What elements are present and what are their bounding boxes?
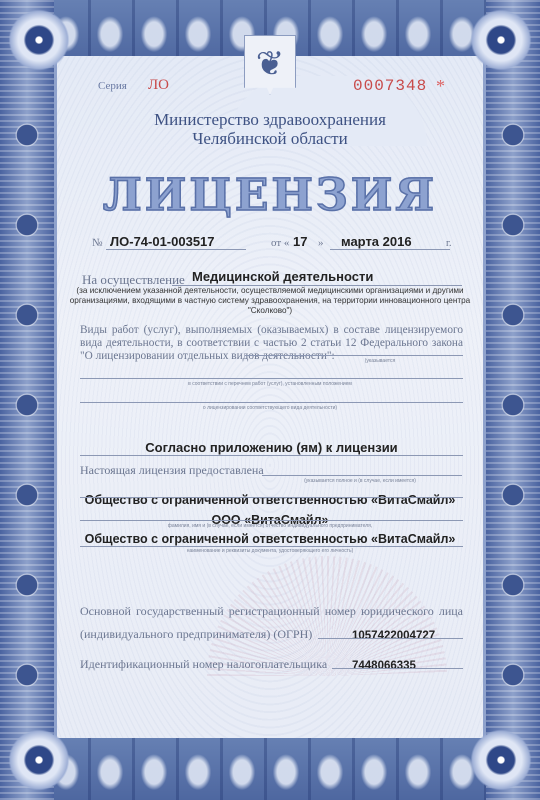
year-suffix: г.: [446, 238, 451, 249]
corner-rosette-icon: [462, 720, 540, 800]
series-value: ЛО: [148, 77, 169, 94]
underline: [80, 378, 463, 379]
underline: [80, 455, 463, 456]
licensee-hint-short: фамилия, имя и (в случае, если имеется) …: [120, 523, 420, 529]
underline: [80, 402, 463, 403]
license-number: ЛО-74-01-003517: [110, 234, 215, 249]
underline: [80, 497, 463, 498]
underline: [80, 520, 463, 521]
form-number: 0007348: [353, 77, 427, 95]
licensee-hint-doc: наименование и реквизиты документа, удос…: [120, 548, 420, 554]
bottom-ornament-band: [0, 738, 540, 800]
star-mark-icon: *: [436, 76, 445, 97]
licensee-label: Настоящая лицензия предоставлена: [80, 463, 264, 478]
underline: [80, 546, 463, 547]
activity-value: Медицинской деятельности: [192, 269, 373, 284]
ogrn-value: 1057422004727: [352, 630, 435, 642]
licensee-hint-name: (указывается полное и (в случае, если им…: [270, 478, 450, 484]
issuing-authority: Министерство здравоохранения Челябинской…: [0, 110, 540, 148]
work-types-hint-2: в соответствии с перечнем работ (услуг),…: [120, 381, 420, 387]
license-month-year: марта 2016: [341, 234, 412, 249]
corner-rosette-icon: [0, 720, 78, 800]
ogrn-label-line-1: Основной государственный регистрационный…: [80, 604, 463, 619]
corner-rosette-icon: [462, 0, 540, 80]
issuer-line-2: Челябинской области: [0, 129, 540, 148]
work-types-hint-3: о лицензировании соответствующего вида д…: [120, 405, 420, 411]
underline: [245, 355, 463, 356]
license-day: 17: [293, 234, 307, 249]
inn-value: 7448066335: [352, 660, 416, 672]
underline: [318, 638, 463, 639]
work-types-hint-1: (указывается: [340, 358, 420, 364]
date-from-label: от «: [271, 237, 289, 249]
day-close: »: [318, 237, 324, 249]
coat-of-arms-icon: ❦: [244, 35, 296, 95]
corner-rosette-icon: [0, 0, 78, 80]
underline: [330, 249, 450, 250]
underline: [262, 475, 462, 476]
series-label: Серия: [98, 80, 127, 92]
ogrn-label-line-2: (индивидуального предпринимателя) (ОГРН): [80, 627, 312, 642]
licensee-full-name: Общество с ограниченной ответственностью…: [70, 493, 470, 507]
activity-note: (за исключением указанной деятельности, …: [68, 286, 472, 316]
inn-label: Идентификационный номер налогоплательщик…: [80, 657, 327, 672]
underline: [106, 249, 246, 250]
issuer-line-1: Министерство здравоохранения: [0, 110, 540, 129]
work-types-value: Согласно приложению (ям) к лицензии: [80, 440, 463, 455]
document-title: ЛИЦЕНЗИЯ: [0, 170, 540, 221]
underline: [332, 668, 463, 669]
number-label: №: [92, 237, 103, 249]
license-document: ❦ Серия ЛО 0007348 * Министерство здраво…: [0, 0, 540, 800]
licensee-full-name-2: Общество с ограниченной ответственностью…: [70, 532, 470, 546]
